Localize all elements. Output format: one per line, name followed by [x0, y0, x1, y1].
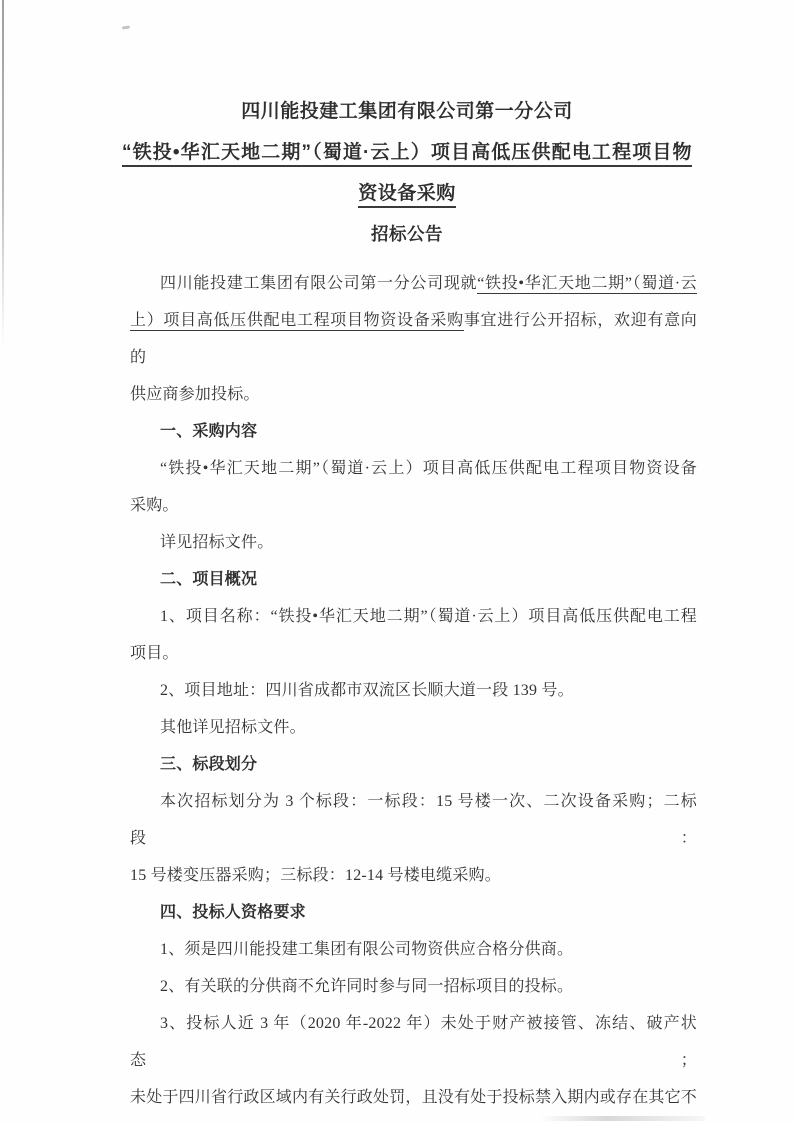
document-title-line-3: 资设备采购: [122, 173, 692, 214]
document-title-block: 四川能投建工集团有限公司第一分公司 “铁投•华汇天地二期”（蜀道·云上）项目高低…: [122, 91, 692, 255]
announcement-type-label: 招标公告: [371, 224, 443, 244]
section-1-line-1: “铁投•华汇天地二期”（蜀道·云上）项目高低压供配电工程项目物资设备: [130, 450, 697, 487]
text-segment: 2、有关联的分供商不允许同时参与同一招标项目的投标。: [160, 978, 573, 995]
qualification-item-3-line-1: 3、投标人近 3 年（2020 年-2022 年）未处于财产被接管、冻结、破产状…: [130, 1005, 697, 1079]
text-segment: 2、项目地址：四川省成都市双流区长顺大道一段 139 号。: [160, 682, 574, 699]
scan-smudge-artifact: [540, 1116, 705, 1121]
qualification-item-2: 2、有关联的分供商不允许同时参与同一招标项目的投标。: [130, 968, 697, 1005]
text-segment: 未处于四川省行政区域内有关行政处罚，且没有处于投标禁入期内或存在其它不: [130, 1089, 697, 1106]
company-name: 四川能投建工集团有限公司第一分公司: [241, 101, 573, 122]
heading-text: 三、标段划分: [160, 756, 257, 773]
text-segment: 采购。: [130, 497, 179, 514]
section-1-line-2: 采购。: [130, 487, 697, 524]
text-segment: 详见招标文件。: [160, 534, 273, 551]
project-address-item: 2、项目地址：四川省成都市双流区长顺大道一段 139 号。: [130, 672, 697, 709]
text-segment: 项目。: [130, 645, 179, 662]
text-segment: 1、须是四川能投建工集团有限公司物资供应合格分供商。: [160, 941, 573, 958]
section-heading-3-bid-sections: 三、标段划分: [130, 746, 697, 783]
text-segment: 其他详见招标文件。: [160, 719, 306, 736]
document-page: 四川能投建工集团有限公司第一分公司 “铁投•华汇天地二期”（蜀道·云上）项目高低…: [0, 0, 794, 1123]
document-subtitle: 招标公告: [122, 214, 692, 255]
text-segment: 3、投标人近 3 年（2020 年-2022 年）未处于财产被接管、冻结、破产状…: [130, 1015, 697, 1069]
section-1-see-documents-note: 详见招标文件。: [130, 524, 697, 561]
heading-text: 一、采购内容: [160, 423, 257, 440]
intro-line-1: 四川能投建工集团有限公司第一分公司现就“铁投•华汇天地二期”（蜀道·云: [130, 265, 697, 302]
text-segment: “铁投•华汇天地二期”（蜀道·云上）项目高低压供配电工程项目物资设备: [160, 460, 697, 477]
pen-mark-artifact: [122, 25, 130, 29]
bid-sections-line-1: 本次招标划分为 3 个标段：一标段：15 号楼一次、二次设备采购；二标段：: [130, 783, 697, 857]
project-name-part-2: 资设备采购: [358, 183, 456, 208]
underlined-project-reference: “铁投•华汇天地二期”（蜀道·云: [477, 275, 697, 294]
text-segment: 1、项目名称：“铁投•华汇天地二期”（蜀道·云上）项目高低压供配电工程: [160, 608, 697, 625]
text-segment: 四川能投建工集团有限公司第一分公司现就: [160, 275, 477, 292]
section-2-see-documents-note: 其他详见招标文件。: [130, 709, 697, 746]
qualification-item-1: 1、须是四川能投建工集团有限公司物资供应合格分供商。: [130, 931, 697, 968]
project-name-item-line-2: 项目。: [130, 635, 697, 672]
project-name-item-line-1: 1、项目名称：“铁投•华汇天地二期”（蜀道·云上）项目高低压供配电工程: [130, 598, 697, 635]
text-segment: 本次招标划分为 3 个标段：一标段：15 号楼一次、二次设备采购；二标段：: [130, 793, 697, 847]
text-segment: 供应商参加投标。: [130, 386, 260, 403]
document-title-line-2: “铁投•华汇天地二期”（蜀道·云上）项目高低压供配电工程项目物: [122, 132, 692, 173]
section-heading-1-procurement-content: 一、采购内容: [130, 413, 697, 450]
intro-line-2: 上）项目高低压供配电工程项目物资设备采购事宜进行公开招标，欢迎有意向的: [130, 302, 697, 376]
text-segment: 15 号楼变压器采购；三标段：12-14 号楼电缆采购。: [130, 867, 501, 884]
scan-edge-artifact: [2, 0, 4, 345]
heading-text: 四、投标人资格要求: [160, 904, 306, 921]
bid-sections-line-2: 15 号楼变压器采购；三标段：12-14 号楼电缆采购。: [130, 857, 697, 894]
section-heading-2-project-overview: 二、项目概况: [130, 561, 697, 598]
heading-text: 二、项目概况: [160, 571, 257, 588]
document-title-line-1: 四川能投建工集团有限公司第一分公司: [122, 91, 692, 132]
underlined-project-reference: 上）项目高低压供配电工程项目物资设备采购: [130, 312, 464, 331]
document-body: 四川能投建工集团有限公司第一分公司现就“铁投•华汇天地二期”（蜀道·云 上）项目…: [130, 265, 697, 1116]
project-name-part-1: “铁投•华汇天地二期”（蜀道·云上）项目高低压供配电工程项目物: [122, 142, 692, 167]
section-heading-4-bidder-qualifications: 四、投标人资格要求: [130, 894, 697, 931]
qualification-item-3-line-2: 未处于四川省行政区域内有关行政处罚，且没有处于投标禁入期内或存在其它不: [130, 1079, 697, 1116]
intro-line-3: 供应商参加投标。: [130, 376, 697, 413]
